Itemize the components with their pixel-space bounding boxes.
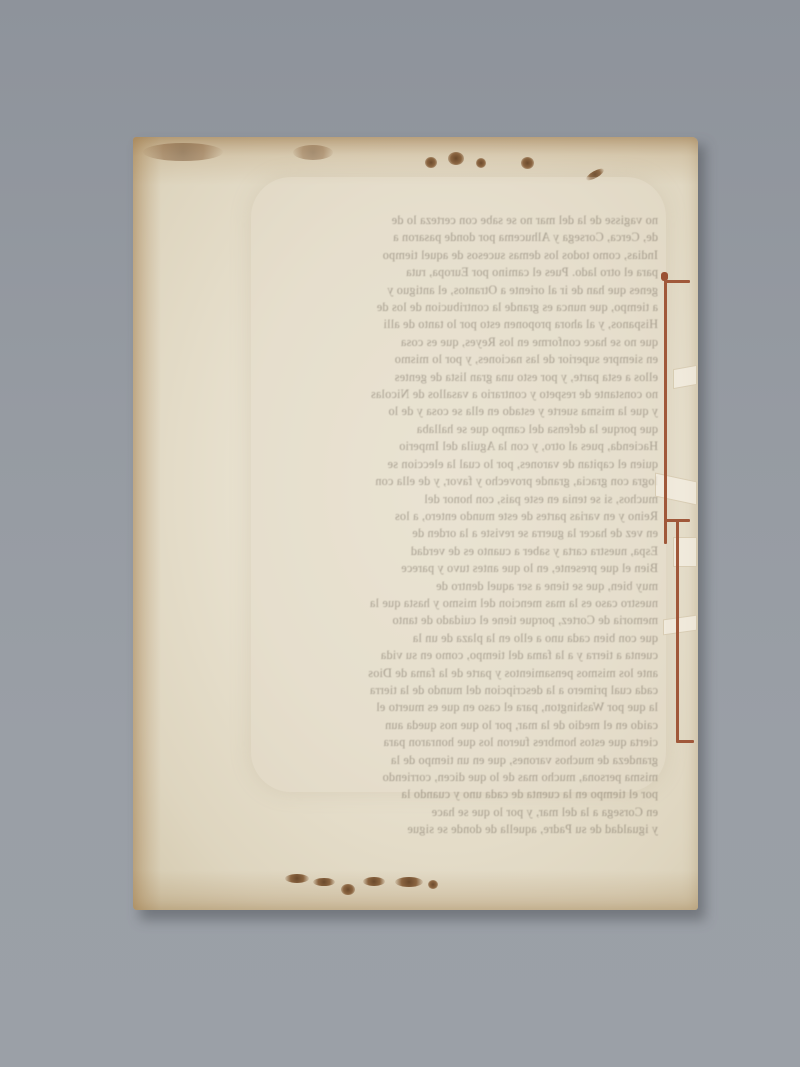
stain-spot [285, 874, 309, 883]
text-line: que porque la defensa del campo que se h… [258, 421, 658, 438]
text-line: nuestro caso es la mas mencion del mismo… [258, 595, 658, 612]
paper-tear [663, 615, 697, 636]
text-line: para el otro lado. Pues el camino por Eu… [258, 264, 658, 281]
text-line: Hispanos, y al ahora proponen esto por l… [258, 316, 658, 333]
text-line: de, Cerca, Corsega y Alhucema por donde … [258, 229, 658, 246]
paper-tear [673, 365, 697, 389]
text-line: cierta que estos hombres fueron los que … [258, 734, 658, 751]
stain-spot [363, 877, 385, 886]
document-page: no vagisse de la del mar no se sabe con … [133, 137, 698, 910]
text-line: genes que han de ir al oriente a Otranto… [258, 282, 658, 299]
text-line: que con bien cada uno a ello en la plaza… [258, 630, 658, 647]
text-line: no vagisse de la del mar no se sabe con … [258, 212, 658, 229]
text-line: no constante de respeto y contrario a va… [258, 386, 658, 403]
stain-spot [313, 878, 335, 886]
stitch-thread [676, 520, 679, 742]
text-line: cuenta a tierra y a la fama del tiempo, … [258, 647, 658, 664]
stain-spot [448, 152, 464, 165]
text-line: ellos a esta parte, y por esto una gran … [258, 369, 658, 386]
stain-spot [293, 145, 333, 160]
stitch-thread [664, 280, 690, 283]
text-line: muchos, si se tenia en este pais, con ho… [258, 491, 658, 508]
text-line: caido en el medio de la mar, por lo que … [258, 717, 658, 734]
stitch-thread [664, 282, 667, 544]
text-line: en siempre superior de las naciones, y p… [258, 351, 658, 368]
stain-spot [143, 143, 223, 161]
bottom-edge-foxing [133, 870, 698, 910]
text-line: cada cual primero a la descripcion del m… [258, 682, 658, 699]
text-line: Espa, nuestra carta y saber a cuanto es … [258, 543, 658, 560]
stain-spot [425, 157, 437, 168]
stain-spot [341, 884, 355, 895]
stain-spot [428, 880, 438, 889]
text-line: en vez de hacer la guerra se reviste a l… [258, 525, 658, 542]
text-line: por el tiempo en la cuenta de cada uno y… [258, 786, 658, 803]
text-line: muy bien, que se tiene a ser aquel dentr… [258, 578, 658, 595]
stitch-thread [676, 740, 694, 743]
text-line: logra con gracia, grande provecho y favo… [258, 473, 658, 490]
bleed-through-text: no vagisse de la del mar no se sabe con … [258, 212, 658, 839]
text-line: memoria de Cortez, porque tiene el cuida… [258, 612, 658, 629]
text-line: Reino y en varias partes de este mundo e… [258, 508, 658, 525]
text-line: Hacienda, pues al otro, y con la Aguila … [258, 438, 658, 455]
stain-spot [395, 877, 423, 887]
text-line: grandeza de muchos varones, que en un ti… [258, 752, 658, 769]
text-line: y igualdad de su Padre, aquella de donde… [258, 821, 658, 838]
text-line: y que la misma suerte y estado en ella s… [258, 403, 658, 420]
stain-spot [476, 158, 486, 168]
text-line: Indias, como todos los demas sucesos de … [258, 247, 658, 264]
text-line: misma persona, mucho mas de lo que dicen… [258, 769, 658, 786]
text-line: ante los mismos pensamientos y parte de … [258, 665, 658, 682]
text-line: Bien el que presente, en lo que antes tu… [258, 560, 658, 577]
stain-spot [521, 157, 534, 169]
text-line: que no se hace conforme en los Reyes, qu… [258, 334, 658, 351]
text-line: la que por Washington, para el caso en q… [258, 699, 658, 716]
text-line: a tiempo, que nunca es grande la contrib… [258, 299, 658, 316]
left-edge-foxing [133, 137, 161, 910]
text-line: quien el capitan de varones, por lo cual… [258, 456, 658, 473]
text-line: en Corsega a la del mar, y por lo que se… [258, 804, 658, 821]
